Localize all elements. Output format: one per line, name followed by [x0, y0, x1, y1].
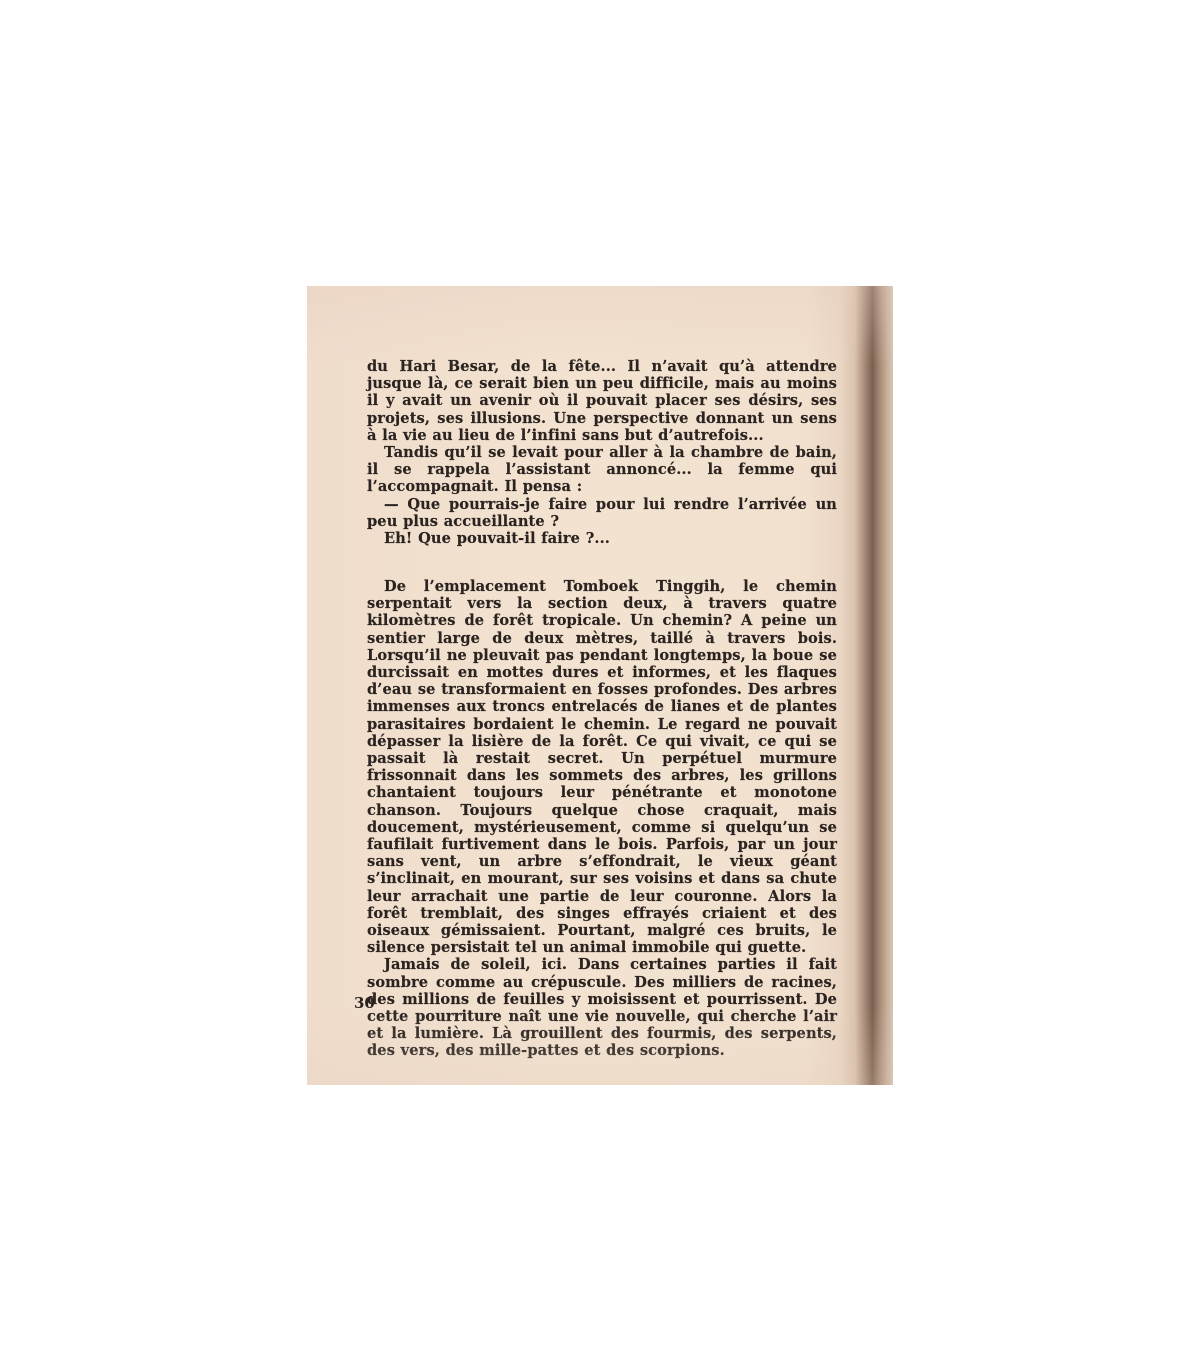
paragraph: Jamais de soleil, ici. Dans certaines pa…: [367, 956, 837, 1059]
paragraph: du Hari Besar, de la fête... Il n’avait …: [367, 358, 837, 444]
paragraph: Eh! Que pouvait-il faire ?...: [367, 530, 837, 547]
text-section-1: du Hari Besar, de la fête... Il n’avait …: [367, 358, 837, 547]
book-page: du Hari Besar, de la fête... Il n’avait …: [307, 286, 893, 1085]
page-number: 30: [354, 994, 375, 1012]
dialogue-paragraph: — Que pourrais-je faire pour lui rendre …: [367, 496, 837, 530]
text-section-2: De l’emplacement Tomboek Tinggih, le che…: [367, 578, 837, 1060]
paragraph: Tandis qu’il se levait pour aller à la c…: [367, 444, 837, 496]
paragraph: De l’emplacement Tomboek Tinggih, le che…: [367, 578, 837, 956]
